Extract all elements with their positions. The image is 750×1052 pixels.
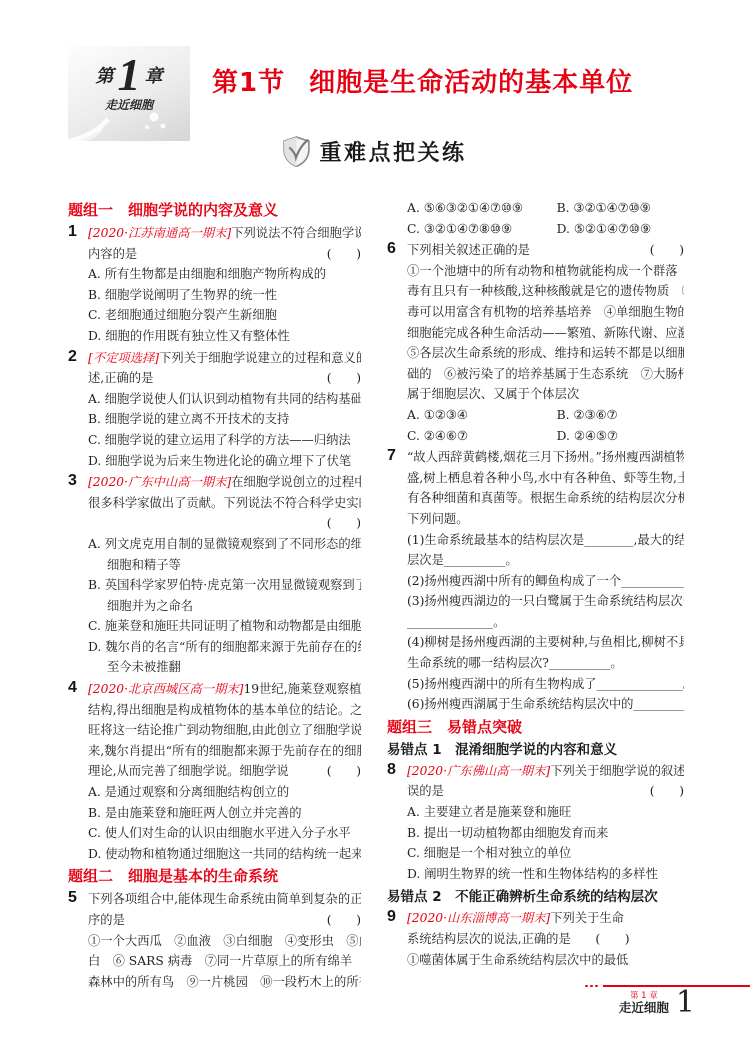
practice-band: 重难点把关练	[0, 136, 750, 167]
question-text: A. 列文虎克用自制的显微镜观察到了不同形态的细菌、红	[88, 534, 361, 555]
question-line: C. 细胞是一个相对独立的单位	[407, 843, 684, 864]
option: A. ①②③④	[407, 405, 557, 426]
question-text: ⑤各层次生命系统的形成、维持和运转不都是以细胞为基	[407, 343, 684, 364]
question-text: 细胞能完成各种生命活动——繁殖、新陈代谢、应激性等	[407, 323, 684, 344]
question-line: (2)扬州瘦西湖中所有的鲫鱼构成了一个____________。	[407, 571, 684, 592]
question-line: 细胞并为之命名	[88, 596, 361, 617]
footer-dot	[590, 985, 593, 988]
question-line: D. 细胞学说为后来生物进化论的确立埋下了伏笔	[88, 451, 361, 472]
option: D. ⑤②①④⑦⑩⑨	[557, 219, 651, 240]
question-line: B. 细胞学说的建立离不开技术的支持	[88, 409, 361, 430]
question-text: D. 阐明生物界的统一性和生物体结构的多样性	[407, 864, 658, 885]
question-line: 序的是( )	[88, 910, 361, 931]
question-line: ⑤各层次生命系统的形成、维持和运转不都是以细胞为基	[407, 343, 684, 364]
question-line: 毒可以用富含有机物的培养基培养 ④单细胞生物的一个	[407, 302, 684, 323]
question-text: 误的是	[407, 781, 444, 802]
question-text: 属于细胞层次、又属于个体层次	[407, 384, 579, 405]
question-text: 下列各项组合中,能体现生命系统由简单到复杂的正确顺	[88, 889, 361, 910]
question-line: ( )	[88, 513, 361, 534]
question: 6下列相关叙述正确的是( )①一个池塘中的所有动物和植物就能构成一个群落 ②病毒…	[387, 240, 684, 446]
option: C. ③②①④⑦⑧⑩⑨	[407, 219, 557, 240]
page-footer: 第 1 章 走近细胞 1	[585, 983, 750, 1016]
question-text: (5)扬州瘦西湖中的所有生物构成了______________。	[407, 674, 684, 695]
question-text: A. 所有生物都是由细胞和细胞产物所构成的	[88, 264, 326, 285]
question-line: 理论,从而完善了细胞学说。细胞学说( )	[88, 761, 361, 782]
question-line: C. ③②①④⑦⑧⑩⑨D. ⑤②①④⑦⑩⑨	[407, 219, 684, 240]
answer-bracket: ( )	[321, 368, 361, 389]
question-text: D. 使动物和植物通过细胞这一共同的结构统一起来	[88, 844, 361, 865]
question-text: 森林中的所有鸟 ⑨一片桃园 ⑩一段朽木上的所有生物	[88, 972, 361, 993]
question-text: (1)生命系统最基本的结构层次是________,最大的结构	[407, 530, 684, 551]
question-number: 5	[68, 889, 77, 907]
question-line: C. 使人们对生命的认识由细胞水平进入分子水平	[88, 823, 361, 844]
topic-group-heading: 题组一 细胞学说的内容及意义	[68, 200, 361, 220]
question: 3[2020·广东中山高一期末]在细胞学说创立的过程中,有很多科学家做出了贡献。…	[68, 472, 361, 678]
question-line: C. ②④⑥⑦D. ②④⑤⑦	[407, 426, 684, 447]
question-text: 毒可以用富含有机物的培养基培养 ④单细胞生物的一个	[407, 302, 684, 323]
question-text: D. 细胞学说为后来生物进化论的确立埋下了伏笔	[88, 451, 351, 472]
question-text: (3)扬州瘦西湖边的一只白鹭属于生命系统结构层次中的	[407, 591, 684, 612]
question-line: 生命系统的哪一结构层次?__________。	[407, 653, 684, 674]
question-line: 白 ⑥ SARS 病毒 ⑦同一片草原上的所有绵羊 ⑧一片	[88, 951, 361, 972]
question: 4[2020·北京西城区高一期末]19世纪,施莱登观察植物的结构,得出细胞是构成…	[68, 679, 361, 864]
question-line: 下列各项组合中,能体现生命系统由简单到复杂的正确顺	[88, 889, 361, 910]
footer-chapter-subtitle: 走近细胞	[619, 1001, 669, 1015]
question-text: 生命系统的哪一结构层次?__________。	[407, 653, 623, 674]
question-line: (3)扬州瘦西湖边的一只白鹭属于生命系统结构层次中的	[407, 591, 684, 612]
question-line: A. ⑤⑥③②①④⑦⑩⑨B. ③②①④⑦⑩⑨	[407, 198, 684, 219]
question-line: ①噬菌体属于生命系统结构层次中的最低	[407, 950, 684, 971]
answer-bracket: ( )	[644, 240, 684, 261]
error-point-heading: 易错点 1 混淆细胞学说的内容和意义	[387, 741, 684, 759]
question-line: B. 细胞学说阐明了生物界的统一性	[88, 285, 361, 306]
footer-chapter-label: 第 1 章 走近细胞	[619, 992, 669, 1015]
question-text: ______________。	[407, 612, 505, 633]
option: B. ③②①④⑦⑩⑨	[557, 198, 651, 219]
question-text: 理论,从而完善了细胞学说。细胞学说	[88, 761, 289, 782]
question: 5下列各项组合中,能体现生命系统由简单到复杂的正确顺序的是( )①一个大西瓜 ②…	[68, 889, 361, 992]
question-text: “故人西辞黄鹤楼,烟花三月下扬州。”扬州瘦西湖植物茂	[407, 447, 684, 468]
option: B. ②③⑥⑦	[557, 405, 618, 426]
question: 8[2020·广东佛山高一期末]下列关于细胞学说的叙述,错误的是( )A. 主要…	[387, 761, 684, 885]
topic-group-heading: 题组二 细胞是基本的生命系统	[68, 866, 361, 886]
question-line: (6)扬州瘦西湖属于生命系统结构层次中的__________。	[407, 694, 684, 715]
question-text: 细胞和精子等	[107, 555, 181, 576]
question-line: 很多科学家做出了贡献。下列说法不符合科学史实的是	[88, 493, 361, 514]
question-line: [不定项选择]下列关于细胞学说建立的过程和意义的叙	[88, 348, 361, 369]
question-line: C. 施莱登和施旺共同证明了植物和动物都是由细胞构成的	[88, 616, 361, 637]
question-number: 7	[387, 447, 396, 465]
footer-dot	[585, 985, 588, 988]
question-line: 有各种细菌和真菌等。根据生命系统的结构层次分析回答	[407, 488, 684, 509]
question-line: ①一个大西瓜 ②血液 ③白细胞 ④变形虫 ⑤血红蛋	[88, 931, 361, 952]
question-line: B. 提出一切动植物都由细胞发育而来	[407, 823, 684, 844]
question-line: (4)柳树是扬州瘦西湖的主要树种,与鱼相比,柳树不具有	[407, 632, 684, 653]
question-line: 盛,树上栖息着各种小鸟,水中有各种鱼、虾等生物,土壤中	[407, 468, 684, 489]
answer-bracket: ( )	[321, 761, 361, 782]
chapter-banner: 第 1 章 走近细胞	[68, 46, 190, 141]
question: 2新题型[不定项选择]下列关于细胞学说建立的过程和意义的叙述,正确的是( )A.…	[68, 348, 361, 472]
question-text: 19世纪,施莱登观察植物的	[243, 679, 361, 700]
question-number: 3	[68, 472, 77, 490]
question-line: A. ①②③④B. ②③⑥⑦	[407, 405, 684, 426]
question-text: 至今未被推翻	[107, 657, 181, 678]
question-number: 2	[68, 348, 77, 366]
question-line: [2020·江苏南通高一期末]下列说法不符合细胞学说主要	[88, 223, 361, 244]
footer-dot	[595, 985, 598, 988]
question-text: 下列相关叙述正确的是	[407, 240, 530, 261]
question-text: B. 英国科学家罗伯特·虎克第一次用显微镜观察到了活的	[88, 575, 361, 596]
footer-page-number: 1	[676, 990, 695, 1016]
question-text: 盛,树上栖息着各种小鸟,水中有各种鱼、虾等生物,土壤中	[407, 468, 684, 489]
question-text: 细胞并为之命名	[107, 596, 193, 617]
question-line: 误的是( )	[407, 781, 684, 802]
question-text: 下列关于细胞学说的叙述,错	[550, 761, 684, 782]
question: 1[2020·江苏南通高一期末]下列说法不符合细胞学说主要内容的是( )A. 所…	[68, 223, 361, 347]
question-line: 至今未被推翻	[88, 657, 361, 678]
question-text: 来,魏尔肖提出“所有的细胞都来源于先前存在的细胞”的	[88, 741, 361, 762]
question-text: 层次是__________。	[407, 550, 518, 571]
question-text: 下列说法不符合细胞学说主要	[231, 223, 361, 244]
question-line: B. 是由施莱登和施旺两人创立并完善的	[88, 803, 361, 824]
question-line: [2020·北京西城区高一期末]19世纪,施莱登观察植物的	[88, 679, 361, 700]
question-line: D. 细胞的作用既有独立性又有整体性	[88, 326, 361, 347]
question-line: 旺将这一结论推广到动物细胞,由此创立了细胞学说。后	[88, 720, 361, 741]
question-text: ①噬菌体属于生命系统结构层次中的最低	[407, 950, 628, 971]
question-text: 在细胞学说创立的过程中,有	[231, 472, 361, 493]
question-text: 下列问题。	[407, 509, 469, 530]
source-tag: [2020·江苏南通高一期末]	[88, 223, 231, 244]
question-line: 层次是__________。	[407, 550, 684, 571]
question-line: A. 细胞学说使人们认识到动植物有共同的结构基础	[88, 389, 361, 410]
section-label: 第1节	[212, 62, 285, 99]
question-text: A. 主要建立者是施莱登和施旺	[407, 802, 571, 823]
footer-rule	[585, 983, 750, 989]
question-text: 序的是	[88, 910, 125, 931]
shield-pen-icon	[283, 136, 310, 167]
question-line: C. 老细胞通过细胞分裂产生新细胞	[88, 305, 361, 326]
chapter-label: 第 1 章	[68, 55, 190, 95]
question-text: C. 施莱登和施旺共同证明了植物和动物都是由细胞构成的	[88, 616, 361, 637]
question-line: 述,正确的是( )	[88, 368, 361, 389]
question-line: 内容的是( )	[88, 244, 361, 265]
question-text: A. 细胞学说使人们认识到动植物有共同的结构基础	[88, 389, 361, 410]
source-tag: [不定项选择]	[88, 348, 159, 369]
question-text: 下列关于生命	[550, 908, 624, 929]
question: A. ⑤⑥③②①④⑦⑩⑨B. ③②①④⑦⑩⑨C. ③②①④⑦⑧⑩⑨D. ⑤②①④…	[387, 198, 684, 239]
question-line: D. 阐明生物界的统一性和生物体结构的多样性	[407, 864, 684, 885]
question-line: [2020·山东淄博高一期末]下列关于生命	[407, 908, 684, 929]
topic-group-heading: 题组三 易错点突破	[387, 717, 684, 737]
question-text: B. 细胞学说的建立离不开技术的支持	[88, 409, 289, 430]
source-tag: [2020·广东中山高一期末]	[88, 472, 231, 493]
question-text: 有各种细菌和真菌等。根据生命系统的结构层次分析回答	[407, 488, 684, 509]
answer-bracket: ( )	[321, 910, 361, 931]
section-title-text: 细胞是生命活动的基本单位	[309, 62, 633, 99]
footer-label-row: 第 1 章 走近细胞 1	[585, 990, 750, 1016]
option: C. ②④⑥⑦	[407, 426, 557, 447]
question-text: C. 老细胞通过细胞分裂产生新细胞	[88, 305, 277, 326]
question-line: C. 细胞学说的建立运用了科学的方法——归纳法	[88, 430, 361, 451]
answer-bracket: ( )	[321, 244, 361, 265]
question-line: ①一个池塘中的所有动物和植物就能构成一个群落 ②病	[407, 261, 684, 282]
question-line: 属于细胞层次、又属于个体层次	[407, 384, 684, 405]
question-text: 下列关于细胞学说建立的过程和意义的叙	[159, 348, 361, 369]
source-tag: [2020·北京西城区高一期末]	[88, 679, 243, 700]
question-line: “故人西辞黄鹤楼,烟花三月下扬州。”扬州瘦西湖植物茂	[407, 447, 684, 468]
question-text: (4)柳树是扬州瘦西湖的主要树种,与鱼相比,柳树不具有	[407, 632, 684, 653]
option: A. ⑤⑥③②①④⑦⑩⑨	[407, 198, 557, 219]
question-line: D. 使动物和植物通过细胞这一共同的结构统一起来	[88, 844, 361, 865]
question-text: C. 细胞是一个相对独立的单位	[407, 843, 571, 864]
question-line: 来,魏尔肖提出“所有的细胞都来源于先前存在的细胞”的	[88, 741, 361, 762]
question-line: A. 是通过观察和分离细胞结构创立的	[88, 782, 361, 803]
question-line: (5)扬州瘦西湖中的所有生物构成了______________。	[407, 674, 684, 695]
question-number: 6	[387, 240, 396, 258]
question-line: 森林中的所有鸟 ⑨一片桃园 ⑩一段朽木上的所有生物	[88, 972, 361, 993]
question-line: 细胞能完成各种生命活动——繁殖、新陈代谢、应激性等	[407, 323, 684, 344]
question-text: 础的 ⑥被污染了的培养基属于生态系统 ⑦大肠杆菌既	[407, 364, 684, 385]
question: 7“故人西辞黄鹤楼,烟花三月下扬州。”扬州瘦西湖植物茂盛,树上栖息着各种小鸟,水…	[387, 447, 684, 715]
source-tag: [2020·山东淄博高一期末]	[407, 908, 550, 929]
question-line: 毒有且只有一种核酸,这种核酸就是它的遗传物质 ③病	[407, 281, 684, 302]
question-text: C. 细胞学说的建立运用了科学的方法——归纳法	[88, 430, 351, 451]
question-number: 9	[387, 908, 396, 926]
chapter-number: 1	[118, 55, 141, 95]
error-point-heading: 易错点 2 不能正确辨析生命系统的结构层次	[387, 888, 684, 906]
question-text: (6)扬州瘦西湖属于生命系统结构层次中的__________。	[407, 694, 684, 715]
question-text: 述,正确的是	[88, 368, 153, 389]
question-text: 系统结构层次的说法,正确的是 ( )	[407, 929, 630, 950]
question-text: A. 是通过观察和分离细胞结构创立的	[88, 782, 289, 803]
question-text: B. 细胞学说阐明了生物界的统一性	[88, 285, 277, 306]
chapter-prefix: 第	[96, 62, 114, 88]
question-line: [2020·广东佛山高一期末]下列关于细胞学说的叙述,错	[407, 761, 684, 782]
question-line: A. 所有生物都是由细胞和细胞产物所构成的	[88, 264, 361, 285]
question-text: D. 细胞的作用既有独立性又有整体性	[88, 326, 290, 347]
question-line: 下列相关叙述正确的是( )	[407, 240, 684, 261]
chapter-suffix: 章	[145, 62, 163, 88]
question-text: B. 提出一切动植物都由细胞发育而来	[407, 823, 608, 844]
question-text: (2)扬州瘦西湖中所有的鲫鱼构成了一个____________。	[407, 571, 684, 592]
question-text: B. 是由施莱登和施旺两人创立并完善的	[88, 803, 302, 824]
question-text: 内容的是	[88, 244, 137, 265]
question-number: 8	[387, 761, 396, 779]
question-line: 结构,得出细胞是构成植物体的基本单位的结论。之后,施	[88, 700, 361, 721]
question-number: 1	[68, 223, 77, 241]
question-text: C. 使人们对生命的认识由细胞水平进入分子水平	[88, 823, 351, 844]
band-title: 重难点把关练	[319, 136, 466, 167]
workbook-page: 第 1 章 走近细胞 第1节 细胞是生命活动的基本单位 重难点把关练 题组一 细…	[0, 0, 750, 1052]
question-line: 系统结构层次的说法,正确的是 ( )	[407, 929, 684, 950]
question-text: 结构,得出细胞是构成植物体的基本单位的结论。之后,施	[88, 700, 361, 721]
question-line: ______________。	[407, 612, 684, 633]
question-text: 白 ⑥ SARS 病毒 ⑦同一片草原上的所有绵羊 ⑧一片	[88, 951, 361, 972]
question-line: D. 魏尔肖的名言“所有的细胞都来源于先前存在的细胞”	[88, 637, 361, 658]
question-line: B. 英国科学家罗伯特·虎克第一次用显微镜观察到了活的	[88, 575, 361, 596]
question: 9[2020·山东淄博高一期末]下列关于生命系统结构层次的说法,正确的是 ( )…	[387, 908, 684, 970]
left-column: 题组一 细胞学说的内容及意义1[2020·江苏南通高一期末]下列说法不符合细胞学…	[68, 198, 361, 1008]
answer-bracket: ( )	[321, 513, 361, 534]
question-text: 旺将这一结论推广到动物细胞,由此创立了细胞学说。后	[88, 720, 361, 741]
question-number: 4	[68, 679, 77, 697]
question-line: 下列问题。	[407, 509, 684, 530]
question-line: 细胞和精子等	[88, 555, 361, 576]
section-title: 第1节 细胞是生命活动的基本单位	[212, 62, 633, 99]
question-text: ①一个池塘中的所有动物和植物就能构成一个群落 ②病	[407, 261, 684, 282]
source-tag: [2020·广东佛山高一期末]	[407, 761, 550, 782]
right-column: A. ⑤⑥③②①④⑦⑩⑨B. ③②①④⑦⑩⑨C. ③②①④⑦⑧⑩⑨D. ⑤②①④…	[387, 198, 684, 1008]
answer-bracket: ( )	[644, 781, 684, 802]
question-text: 毒有且只有一种核酸,这种核酸就是它的遗传物质 ③病	[407, 281, 684, 302]
question-text: ①一个大西瓜 ②血液 ③白细胞 ④变形虫 ⑤血红蛋	[88, 931, 361, 952]
question-line: A. 主要建立者是施莱登和施旺	[407, 802, 684, 823]
question-line: A. 列文虎克用自制的显微镜观察到了不同形态的细菌、红	[88, 534, 361, 555]
question-text: D. 魏尔肖的名言“所有的细胞都来源于先前存在的细胞”	[88, 637, 361, 658]
question-text: 很多科学家做出了贡献。下列说法不符合科学史实的是	[88, 493, 361, 514]
question-line: 础的 ⑥被污染了的培养基属于生态系统 ⑦大肠杆菌既	[407, 364, 684, 385]
question-line: [2020·广东中山高一期末]在细胞学说创立的过程中,有	[88, 472, 361, 493]
option: D. ②④⑤⑦	[557, 426, 618, 447]
question-line: (1)生命系统最基本的结构层次是________,最大的结构	[407, 530, 684, 551]
